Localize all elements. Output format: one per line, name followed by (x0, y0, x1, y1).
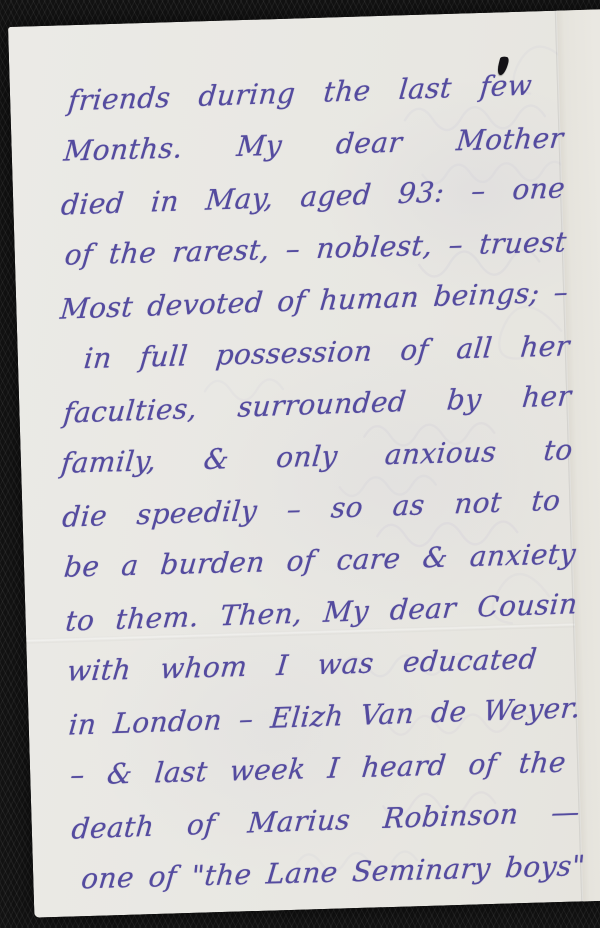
letter-page: friends during the last fewMonths. My de… (8, 8, 600, 918)
letter-text: friends during the last fewMonths. My de… (8, 11, 586, 908)
photo-background: friends during the last fewMonths. My de… (0, 0, 600, 928)
